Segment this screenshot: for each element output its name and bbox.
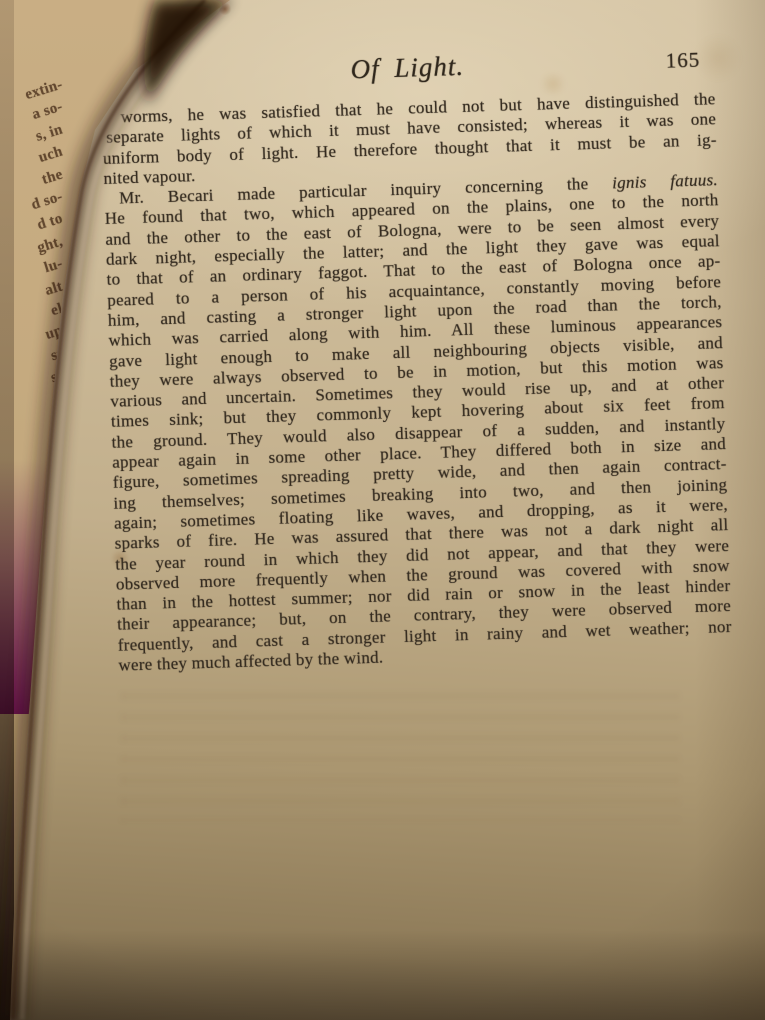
- paragraph: Mr. Becari made particular inquiry conce…: [104, 170, 733, 676]
- body-text: worms, he was satisfied that he could no…: [101, 89, 732, 676]
- printed-content: Of Light. 165 worms, he was satisfied th…: [100, 43, 732, 676]
- reverse-side-showthrough: [120, 692, 680, 822]
- page-number: 165: [665, 48, 700, 74]
- book-photo: extin-a so-s, inuchthed so-d toght,lu-al…: [0, 0, 765, 1020]
- running-head: Of Light.: [100, 43, 715, 93]
- page-header: Of Light. 165: [100, 43, 715, 96]
- book-page: Of Light. 165 worms, he was satisfied th…: [0, 0, 765, 1020]
- facing-page-text-fragments: extin-a so-s, inuchthed so-d toght,lu-al…: [0, 84, 64, 420]
